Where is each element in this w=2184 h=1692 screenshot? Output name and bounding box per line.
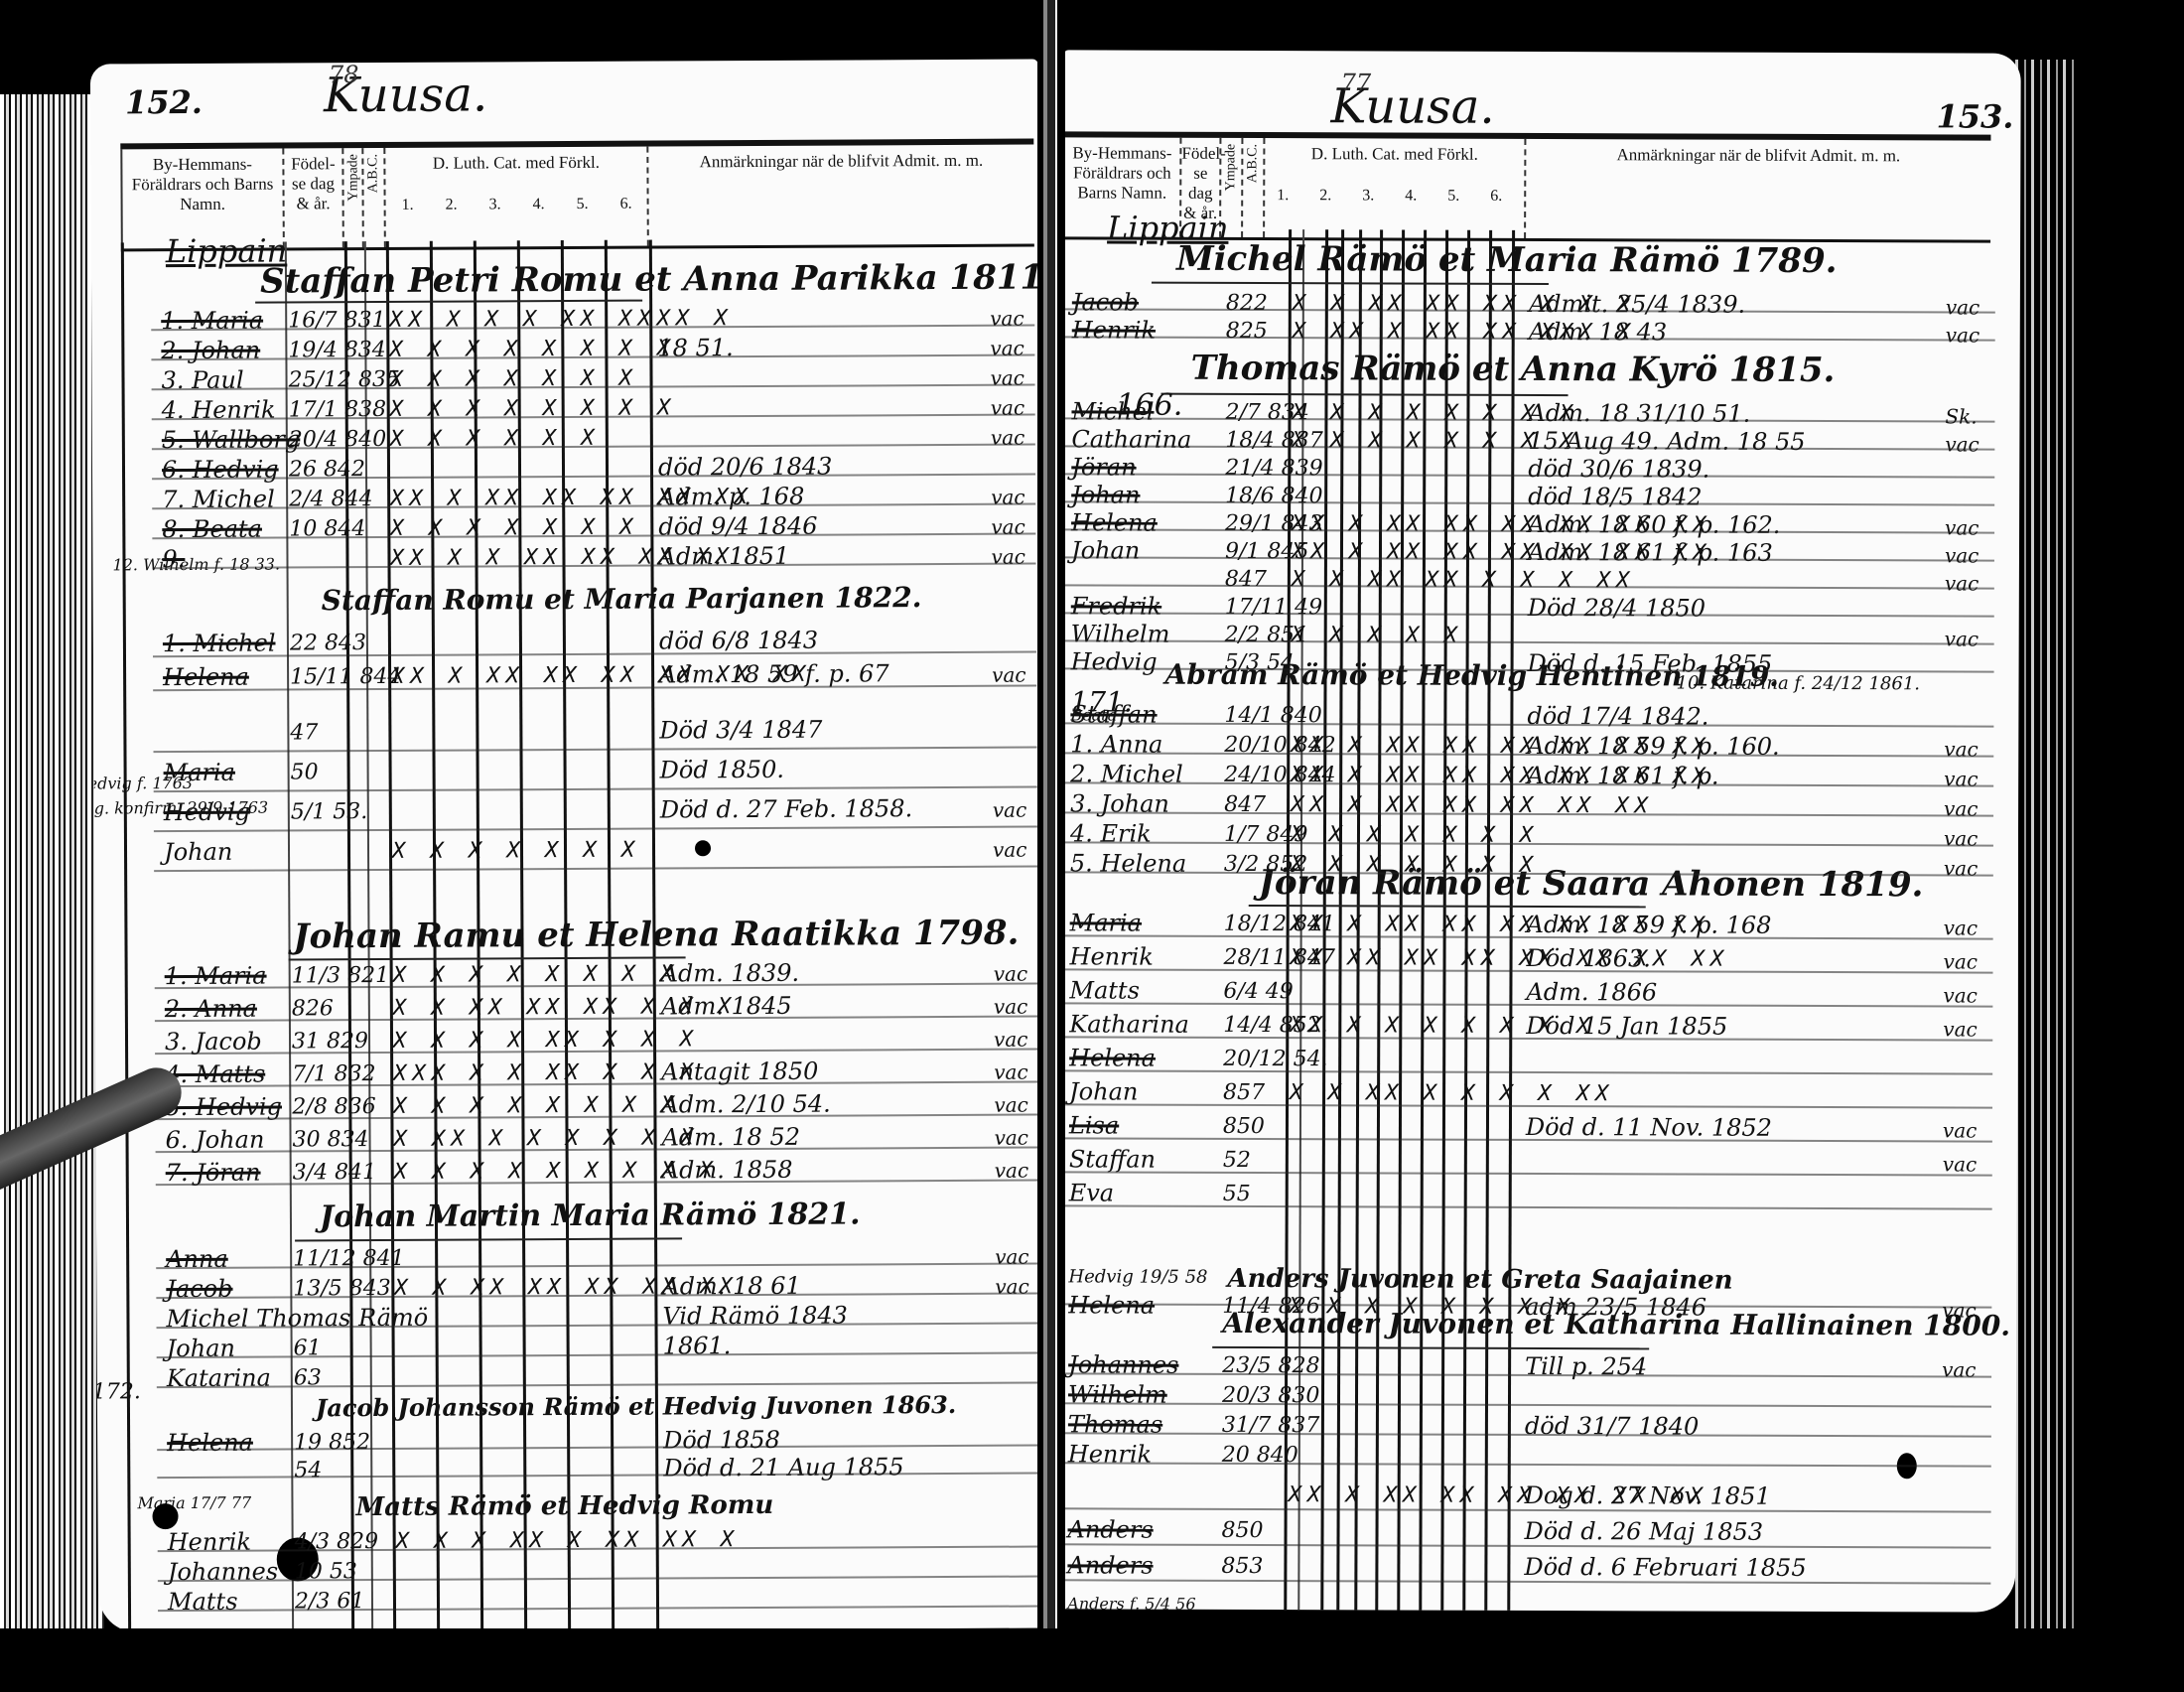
vaccination-note: vac: [1943, 983, 1978, 1007]
row-rule: [1058, 1507, 1991, 1512]
vaccination-note: vac: [990, 307, 1024, 331]
vaccination-note: vac: [1942, 1357, 1977, 1381]
birth-date: 5/3 54.: [1225, 650, 1301, 675]
birth-date: 30 834: [292, 1127, 368, 1152]
vaccination-note: vac: [995, 1275, 1029, 1299]
remark: Död 1858: [663, 1426, 780, 1455]
vaccination-note: vac: [1945, 543, 1979, 567]
margin-note: Anders f. 5/4 56: [1067, 1594, 1195, 1612]
family-heads: Anders Juvonen et Greta Saajainen: [1227, 1264, 1732, 1296]
child-name: Henrik: [1072, 316, 1156, 344]
child-name: Anders: [1067, 1551, 1153, 1579]
vaccination-note: vac: [1946, 295, 1980, 319]
family-heads: Johan Ramu et Helena Raatikka 1798.: [293, 914, 1019, 957]
row-rule: [1060, 934, 1993, 939]
remark: Död 1863.: [1527, 944, 1651, 972]
child-name: Jöran: [1071, 453, 1136, 481]
header-remarks: Anmärkningar när de blifvit Admit. m. m.: [648, 145, 1034, 246]
scan-background-bottom: [0, 1628, 2184, 1692]
remark: Död 15 Jan 1855: [1526, 1012, 1727, 1041]
vaccination-note: vac: [992, 663, 1026, 687]
birth-date: 17/11 49: [1225, 595, 1322, 620]
family-heads: Thomas Rämö et Anna Kyrö 1815.: [1191, 349, 1836, 390]
remark: Adm. 18 60 f. p. 162.: [1528, 510, 1780, 539]
birth-date: 20/12 54.: [1223, 1047, 1327, 1071]
birth-date: 3/4 841: [293, 1160, 377, 1185]
vaccination-note: vac: [1944, 916, 1979, 939]
vaccination-note: vac: [991, 486, 1025, 509]
row-rule: [1057, 1543, 1990, 1548]
child-name: Maria: [164, 759, 235, 786]
birth-date: 18/6 840: [1225, 484, 1322, 508]
page-number: 152.: [125, 83, 203, 121]
remark: Adm. 18 31/10 51.: [1528, 399, 1750, 428]
row-rule: [1060, 968, 1993, 973]
vaccination-note: vac: [1945, 432, 1979, 456]
row-rule: [1059, 1103, 1992, 1108]
header-catechism: D. Luth. Cat. med Förkl. 1. 2. 3. 4. 5. …: [385, 147, 649, 247]
child-name: Helena: [167, 1429, 253, 1457]
birth-date: 55: [1223, 1182, 1251, 1206]
row-rule: [1059, 1036, 1992, 1041]
catechism-marks: X X XX XX X X X XX: [1292, 567, 1636, 593]
left-page: 152. Kuusa. 78 By-Hemmans-Föräldrars och…: [90, 60, 1046, 1633]
vaccination-note: vac: [990, 366, 1024, 390]
vaccination-note: vac: [1944, 826, 1979, 850]
row-rule: [153, 747, 1036, 754]
vaccination-note: vac: [995, 1245, 1029, 1269]
family-heads: Matts Rämö et Hedvig Romu: [355, 1490, 773, 1522]
remark: Död 3/4 1847: [659, 716, 822, 745]
remark: Död 28/4 1850: [1528, 594, 1706, 623]
birth-date: 853: [1221, 1554, 1263, 1579]
child-name: Fredrik: [1071, 592, 1161, 620]
right-page: 153. Kuusa. 77 By-Hemmans-Föräldrars och…: [1057, 50, 2020, 1612]
birth-date: 825: [1226, 319, 1268, 344]
remark: Adm. 18 59 f. p. 67: [659, 659, 889, 688]
remark: Adm. 18 59 f. p. 168: [1527, 911, 1772, 939]
family-heads: Staffan Romu et Maria Parjanen 1822.: [322, 581, 922, 617]
margin-note: 12. Wilhelm f. 18 33.: [112, 555, 280, 575]
vaccination-note: vac: [993, 798, 1027, 822]
remark: Admit. 25/4 1839.: [1529, 290, 1745, 319]
row-rule: [1058, 1462, 1991, 1467]
row-rule: [154, 786, 1037, 793]
catechism-marks: X X X X X X X: [392, 838, 640, 864]
child-name: Hedvig: [164, 798, 250, 826]
vaccination-note: vac: [991, 396, 1025, 420]
birth-date: 7/1 832: [292, 1061, 376, 1086]
child-name: Maria: [1070, 909, 1142, 936]
child-name: Katharina: [1069, 1010, 1189, 1038]
vaccination-note: vac: [1944, 767, 1979, 790]
header-abc: A.B.C.: [1243, 138, 1265, 237]
village-note: 78: [329, 61, 359, 88]
child-name: Anders: [1067, 1515, 1153, 1543]
birth-date: 22 843: [290, 631, 366, 655]
remark: Adm. 1866: [1526, 978, 1657, 1006]
child-name: Eva: [1069, 1179, 1114, 1206]
row-rule: [1059, 1204, 1992, 1209]
book-edge-left: [0, 94, 104, 1643]
child-name: Helena: [163, 663, 249, 691]
birth-date: 31 829: [292, 1029, 368, 1054]
child-name: Wilhelm: [1071, 620, 1170, 647]
page-number: 153.: [1936, 97, 2013, 135]
birth-date: 47: [290, 720, 318, 745]
child-name: Johan: [164, 838, 232, 866]
child-name: Hedvig: [1071, 647, 1158, 675]
vaccination-note: Sk.: [1945, 404, 1977, 428]
remark: död 30/6 1839.: [1528, 455, 1709, 484]
row-rule: [1059, 1069, 1992, 1074]
remark: Adm. 18 61 f. p. 163: [1528, 538, 1773, 567]
remark: Död d. 27 Feb. 1858.: [660, 794, 912, 823]
family-heads: Johan Martin Maria Rämö 1821.: [320, 1197, 861, 1234]
vaccination-note: vac: [1945, 571, 1979, 595]
book-edge-right: [2015, 60, 2075, 1638]
child-name: Catharina: [1071, 425, 1191, 453]
birth-date: 850: [1221, 1518, 1263, 1543]
birth-date: 2/8 836: [292, 1094, 376, 1119]
birth-date: 847: [1225, 567, 1267, 592]
remark: död 18/5 1842: [1528, 483, 1703, 511]
vaccination-note: vac: [1944, 737, 1979, 761]
vaccination-note: vac: [1943, 1152, 1978, 1176]
header-vaccinated: Ympade: [343, 148, 364, 247]
vaccination-note: vac: [990, 337, 1024, 360]
vaccination-note: vac: [1943, 1017, 1978, 1041]
birth-date: 857: [1223, 1080, 1265, 1105]
remark: 15 Aug 49. Adm. 18 55: [1528, 427, 1805, 456]
vaccination-note: vac: [1945, 627, 1979, 650]
book-gutter: [1037, 0, 1065, 1692]
remark: Död d. 21 Aug 1855: [663, 1453, 903, 1481]
row-rule: [156, 1263, 1039, 1270]
row-rule: [1061, 639, 1994, 644]
header-abc: A.B.C.: [363, 148, 386, 247]
birth-date: 826: [292, 996, 334, 1021]
margin-note: Hedvig 19/5 58: [1068, 1266, 1207, 1287]
child-name: Johan: [1071, 536, 1140, 564]
vaccination-note: vac: [993, 838, 1027, 862]
family-heads: Staffan Petri Romu et Anna Parikka 1811.: [260, 257, 1046, 301]
birth-date: 54: [294, 1458, 322, 1482]
family-heads: Jacob Johansson Rämö et Hedvig Juvonen 1…: [316, 1390, 956, 1422]
child-name: Johan: [1069, 1077, 1138, 1105]
row-rule: [152, 474, 1035, 481]
catechism-marks: X X X X X: [1292, 623, 1463, 648]
row-rule: [154, 866, 1037, 873]
catechism-marks: X X XX X X X X XX: [1290, 1080, 1614, 1106]
row-rule: [1059, 1137, 1992, 1142]
remark: Död d. 15 Feb. 1855: [1528, 649, 1773, 678]
row-rule: [1059, 1171, 1992, 1176]
vaccination-note: vac: [991, 515, 1025, 539]
row-rule: [157, 1445, 1040, 1452]
vaccination-note: vac: [1944, 856, 1979, 880]
child-name: Staffan: [1069, 1145, 1156, 1173]
remark: död 6/8 1843: [659, 627, 818, 655]
child-name: Helena: [1069, 1044, 1156, 1071]
vaccination-note: vac: [991, 426, 1025, 450]
row-rule: [153, 651, 1036, 658]
child-name: 1. Michel: [163, 630, 276, 658]
child-name: Jacob: [1072, 288, 1139, 316]
row-rule: [1057, 1579, 1990, 1584]
family-heads: Michel Rämö et Maria Rämö 1789.: [1176, 239, 1838, 281]
remark: Död d. 6 Februari 1855: [1524, 1553, 1806, 1582]
child-name: Helena: [1071, 508, 1158, 536]
remark: Adm. 18 43: [1529, 318, 1668, 346]
child-name: Henrik: [1070, 942, 1154, 970]
birth-date: 850: [1223, 1114, 1265, 1139]
child-name: Johan: [1071, 481, 1140, 508]
child-name: Lisa: [1069, 1111, 1119, 1139]
remark: Dog d. 27 Nov. 1851: [1525, 1481, 1771, 1510]
birth-date: 5/1 53.: [291, 799, 368, 824]
row-rule: [1059, 1002, 1992, 1007]
row-rule: [157, 1473, 1040, 1480]
vaccination-note: vac: [1944, 949, 1979, 973]
remark: Död 1850.: [660, 756, 785, 784]
row-rule: [154, 826, 1037, 833]
birth-date: 50: [291, 760, 319, 784]
header-catechism: D. Luth. Cat. med Förkl. 1. 2. 3. 4. 5. …: [1265, 138, 1526, 238]
birth-date: 11/3 821: [292, 963, 390, 989]
birth-date: 15/11 844: [290, 664, 402, 690]
row-rule: [157, 1352, 1040, 1359]
row-rule: [158, 1606, 1041, 1613]
birth-date: 21/4 839: [1225, 456, 1322, 481]
vaccination-note: vac: [1946, 323, 1980, 347]
birth-date: 19 852: [294, 1430, 370, 1455]
catechism-marks: XX XX XX XX XX XX XX XX: [1291, 945, 1730, 972]
row-rule: [1058, 1402, 1991, 1407]
birth-date: 52: [1223, 1148, 1251, 1173]
remark: Död d. 11 Nov. 1852: [1526, 1113, 1772, 1142]
header-remarks: Anmärkningar när de blifvit Admit. m. m.: [1526, 139, 1990, 240]
vaccination-note: vac: [1945, 515, 1979, 539]
child-name: Matts: [1069, 976, 1140, 1004]
vaccination-note: vac: [1943, 1118, 1978, 1142]
vaccination-note: vac: [1944, 796, 1979, 820]
ink-blot: [152, 1503, 178, 1529]
birth-date: 822: [1226, 291, 1268, 316]
header-birth: Födel-se dag & år.: [284, 148, 344, 247]
birth-date: 6/4 49: [1223, 979, 1293, 1004]
village-note: 77: [1341, 69, 1372, 96]
remark: Död d. 26 Maj 1853: [1524, 1517, 1763, 1546]
child-name: Michel: [1071, 397, 1154, 425]
vaccination-note: vac: [991, 545, 1025, 569]
ink-blot: [695, 840, 711, 856]
row-rule: [157, 1382, 1040, 1389]
vaccination-note: vac: [1942, 1298, 1977, 1322]
